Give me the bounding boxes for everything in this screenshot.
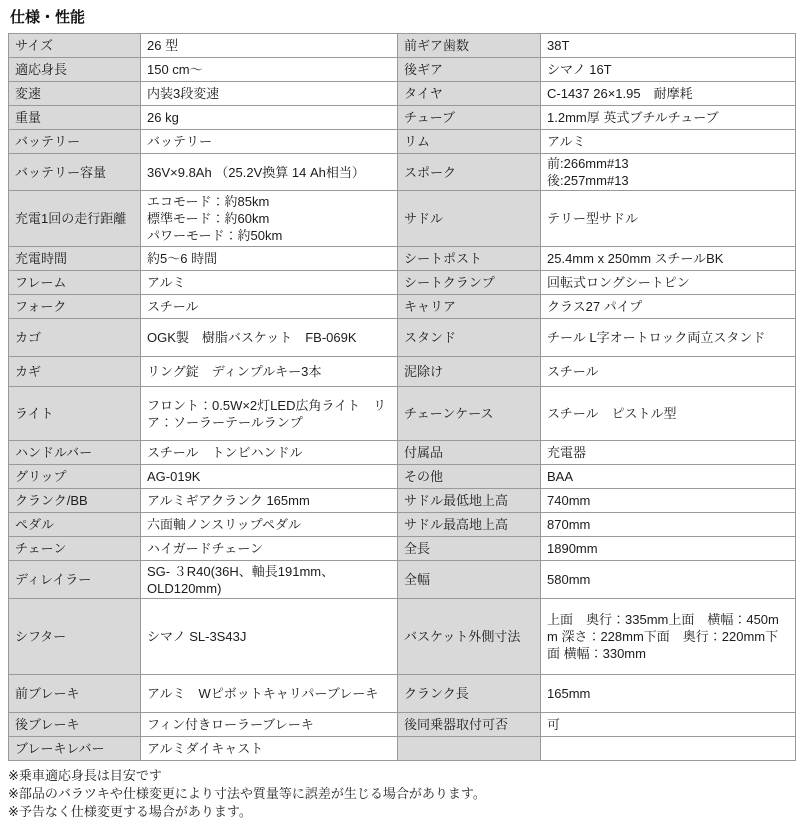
- spec-value: 1890mm: [541, 537, 796, 561]
- table-row: バッテリー バッテリー リム アルミ: [9, 130, 796, 154]
- spec-value: 1.2mm厚 英式ブチルチューブ: [541, 106, 796, 130]
- spec-label: フォーク: [9, 295, 141, 319]
- spec-label: リム: [398, 130, 541, 154]
- table-row: クランク/BB アルミギアクランク 165mm サドル最低地上高 740mm: [9, 489, 796, 513]
- spec-value: C-1437 26×1.95 耐摩耗: [541, 82, 796, 106]
- spec-value: フロント：0.5W×2灯LED広角ライト リア：ソーラーテールランプ: [141, 387, 398, 441]
- spec-value: 25.4mm x 250mm スチールBK: [541, 247, 796, 271]
- spec-label: サドル最低地上高: [398, 489, 541, 513]
- spec-value: 38T: [541, 34, 796, 58]
- spec-table: サイズ 26 型 前ギア歯数 38T 適応身長 150 cm〜 後ギア シマノ …: [8, 33, 796, 761]
- spec-label: スポーク: [398, 154, 541, 191]
- footnote-line: ※予告なく仕様変更する場合があります。: [8, 803, 795, 820]
- spec-value: OGK製 樹脂バスケット FB-069K: [141, 319, 398, 357]
- spec-value: ハイガードチェーン: [141, 537, 398, 561]
- table-row: グリップ AG-019K その他 BAA: [9, 465, 796, 489]
- spec-value: 六面軸ノンスリップペダル: [141, 513, 398, 537]
- spec-value: 150 cm〜: [141, 58, 398, 82]
- spec-label: キャリア: [398, 295, 541, 319]
- spec-label: チューブ: [398, 106, 541, 130]
- spec-label: 重量: [9, 106, 141, 130]
- footnotes: ※乗車適応身長は目安です ※部品のバラツキや仕様変更により寸法や質量等に誤差が生…: [8, 767, 795, 820]
- table-row: サイズ 26 型 前ギア歯数 38T: [9, 34, 796, 58]
- spec-value: 36V×9.8Ah （25.2V換算 14 Ah相当）: [141, 154, 398, 191]
- spec-value: 回転式ロングシートピン: [541, 271, 796, 295]
- spec-label: フレーム: [9, 271, 141, 295]
- spec-value: 870mm: [541, 513, 796, 537]
- spec-label: シートクランプ: [398, 271, 541, 295]
- spec-label: バスケット外側寸法: [398, 599, 541, 675]
- table-row: チェーン ハイガードチェーン 全長 1890mm: [9, 537, 796, 561]
- spec-value: 内装3段変速: [141, 82, 398, 106]
- spec-label: ライト: [9, 387, 141, 441]
- spec-page: 仕様・性能 サイズ 26 型 前ギア歯数 38T 適応身長 150 cm〜 後ギ…: [0, 0, 800, 820]
- spec-value: スチール: [541, 357, 796, 387]
- spec-label: チェーンケース: [398, 387, 541, 441]
- spec-label: シフター: [9, 599, 141, 675]
- spec-label: 後同乗器取付可否: [398, 713, 541, 737]
- spec-label: 全幅: [398, 561, 541, 599]
- spec-label: 後ギア: [398, 58, 541, 82]
- table-row: ペダル 六面軸ノンスリップペダル サドル最高地上高 870mm: [9, 513, 796, 537]
- spec-label: 全長: [398, 537, 541, 561]
- spec-value: 約5〜6 時間: [141, 247, 398, 271]
- spec-label: 変速: [9, 82, 141, 106]
- table-row: ハンドルバー スチール トンビハンドル 付属品 充電器: [9, 441, 796, 465]
- table-row: 適応身長 150 cm〜 後ギア シマノ 16T: [9, 58, 796, 82]
- table-row: 充電時間 約5〜6 時間 シートポスト 25.4mm x 250mm スチールB…: [9, 247, 796, 271]
- spec-value: 上面 奥行：335mm上面 横幅：450mm 深さ：228mm下面 奥行：220…: [541, 599, 796, 675]
- spec-label: その他: [398, 465, 541, 489]
- spec-label: 充電時間: [9, 247, 141, 271]
- table-row: カゴ OGK製 樹脂バスケット FB-069K スタンド チール L字オートロッ…: [9, 319, 796, 357]
- spec-value: アルミ: [141, 271, 398, 295]
- spec-label: ペダル: [9, 513, 141, 537]
- table-row: 前ブレーキ アルミ Wピボットキャリパーブレーキ クランク長 165mm: [9, 675, 796, 713]
- spec-value: [541, 737, 796, 761]
- spec-value: BAA: [541, 465, 796, 489]
- spec-label: カゴ: [9, 319, 141, 357]
- spec-label: 前ギア歯数: [398, 34, 541, 58]
- spec-value: 充電器: [541, 441, 796, 465]
- spec-label: サドル: [398, 191, 541, 247]
- spec-label: ブレーキレバー: [9, 737, 141, 761]
- spec-label: [398, 737, 541, 761]
- spec-label: ディレイラー: [9, 561, 141, 599]
- spec-label: 後ブレーキ: [9, 713, 141, 737]
- spec-value: 26 型: [141, 34, 398, 58]
- spec-value: スチール トンビハンドル: [141, 441, 398, 465]
- spec-value: リング錠 ディンプルキー3本: [141, 357, 398, 387]
- spec-label: カギ: [9, 357, 141, 387]
- spec-label: バッテリー容量: [9, 154, 141, 191]
- spec-value: 可: [541, 713, 796, 737]
- footnote-line: ※乗車適応身長は目安です: [8, 767, 795, 784]
- spec-value: アルミ Wピボットキャリパーブレーキ: [141, 675, 398, 713]
- spec-value: テリー型サドル: [541, 191, 796, 247]
- table-row: カギ リング錠 ディンプルキー3本 泥除け スチール: [9, 357, 796, 387]
- spec-label: 泥除け: [398, 357, 541, 387]
- spec-value: アルミ: [541, 130, 796, 154]
- spec-label: シートポスト: [398, 247, 541, 271]
- table-row: フレーム アルミ シートクランプ 回転式ロングシートピン: [9, 271, 796, 295]
- spec-value: シマノ SL-3S43J: [141, 599, 398, 675]
- spec-label: 付属品: [398, 441, 541, 465]
- table-row: ディレイラー SG- ３R40(36H、軸長191mm、 OLD120mm) 全…: [9, 561, 796, 599]
- spec-label: クランク長: [398, 675, 541, 713]
- spec-value: シマノ 16T: [541, 58, 796, 82]
- spec-label: タイヤ: [398, 82, 541, 106]
- spec-value: チール L字オートロック両立スタンド: [541, 319, 796, 357]
- spec-label: 充電1回の走行距離: [9, 191, 141, 247]
- spec-value: 26 kg: [141, 106, 398, 130]
- spec-value: スチール: [141, 295, 398, 319]
- spec-label: グリップ: [9, 465, 141, 489]
- spec-value: AG-019K: [141, 465, 398, 489]
- spec-value: SG- ３R40(36H、軸長191mm、 OLD120mm): [141, 561, 398, 599]
- spec-value: 165mm: [541, 675, 796, 713]
- spec-value: 580mm: [541, 561, 796, 599]
- spec-label: 適応身長: [9, 58, 141, 82]
- spec-value: クラス27 パイプ: [541, 295, 796, 319]
- spec-value: スチール ピストル型: [541, 387, 796, 441]
- table-row: バッテリー容量 36V×9.8Ah （25.2V換算 14 Ah相当） スポーク…: [9, 154, 796, 191]
- spec-label: サイズ: [9, 34, 141, 58]
- footnote-line: ※部品のバラツキや仕様変更により寸法や質量等に誤差が生じる場合があります。: [8, 785, 795, 802]
- spec-value: フィン付きローラーブレーキ: [141, 713, 398, 737]
- table-row: 重量 26 kg チューブ 1.2mm厚 英式ブチルチューブ: [9, 106, 796, 130]
- table-row: 後ブレーキ フィン付きローラーブレーキ 後同乗器取付可否 可: [9, 713, 796, 737]
- table-row: フォーク スチール キャリア クラス27 パイプ: [9, 295, 796, 319]
- table-row: 変速 内装3段変速 タイヤ C-1437 26×1.95 耐摩耗: [9, 82, 796, 106]
- spec-value: バッテリー: [141, 130, 398, 154]
- spec-value: アルミダイキャスト: [141, 737, 398, 761]
- spec-value: 740mm: [541, 489, 796, 513]
- spec-label: サドル最高地上高: [398, 513, 541, 537]
- spec-label: クランク/BB: [9, 489, 141, 513]
- spec-value: アルミギアクランク 165mm: [141, 489, 398, 513]
- table-row: 充電1回の走行距離 エコモード：約85km 標準モード：約60km パワーモード…: [9, 191, 796, 247]
- spec-label: バッテリー: [9, 130, 141, 154]
- page-title: 仕様・性能: [10, 6, 795, 27]
- spec-value: エコモード：約85km 標準モード：約60km パワーモード：約50km: [141, 191, 398, 247]
- table-row: シフター シマノ SL-3S43J バスケット外側寸法 上面 奥行：335mm上…: [9, 599, 796, 675]
- spec-label: スタンド: [398, 319, 541, 357]
- spec-value: 前:266mm#13 後:257mm#13: [541, 154, 796, 191]
- spec-label: チェーン: [9, 537, 141, 561]
- table-row: ブレーキレバー アルミダイキャスト: [9, 737, 796, 761]
- spec-label: 前ブレーキ: [9, 675, 141, 713]
- table-row: ライト フロント：0.5W×2灯LED広角ライト リア：ソーラーテールランプ チ…: [9, 387, 796, 441]
- spec-label: ハンドルバー: [9, 441, 141, 465]
